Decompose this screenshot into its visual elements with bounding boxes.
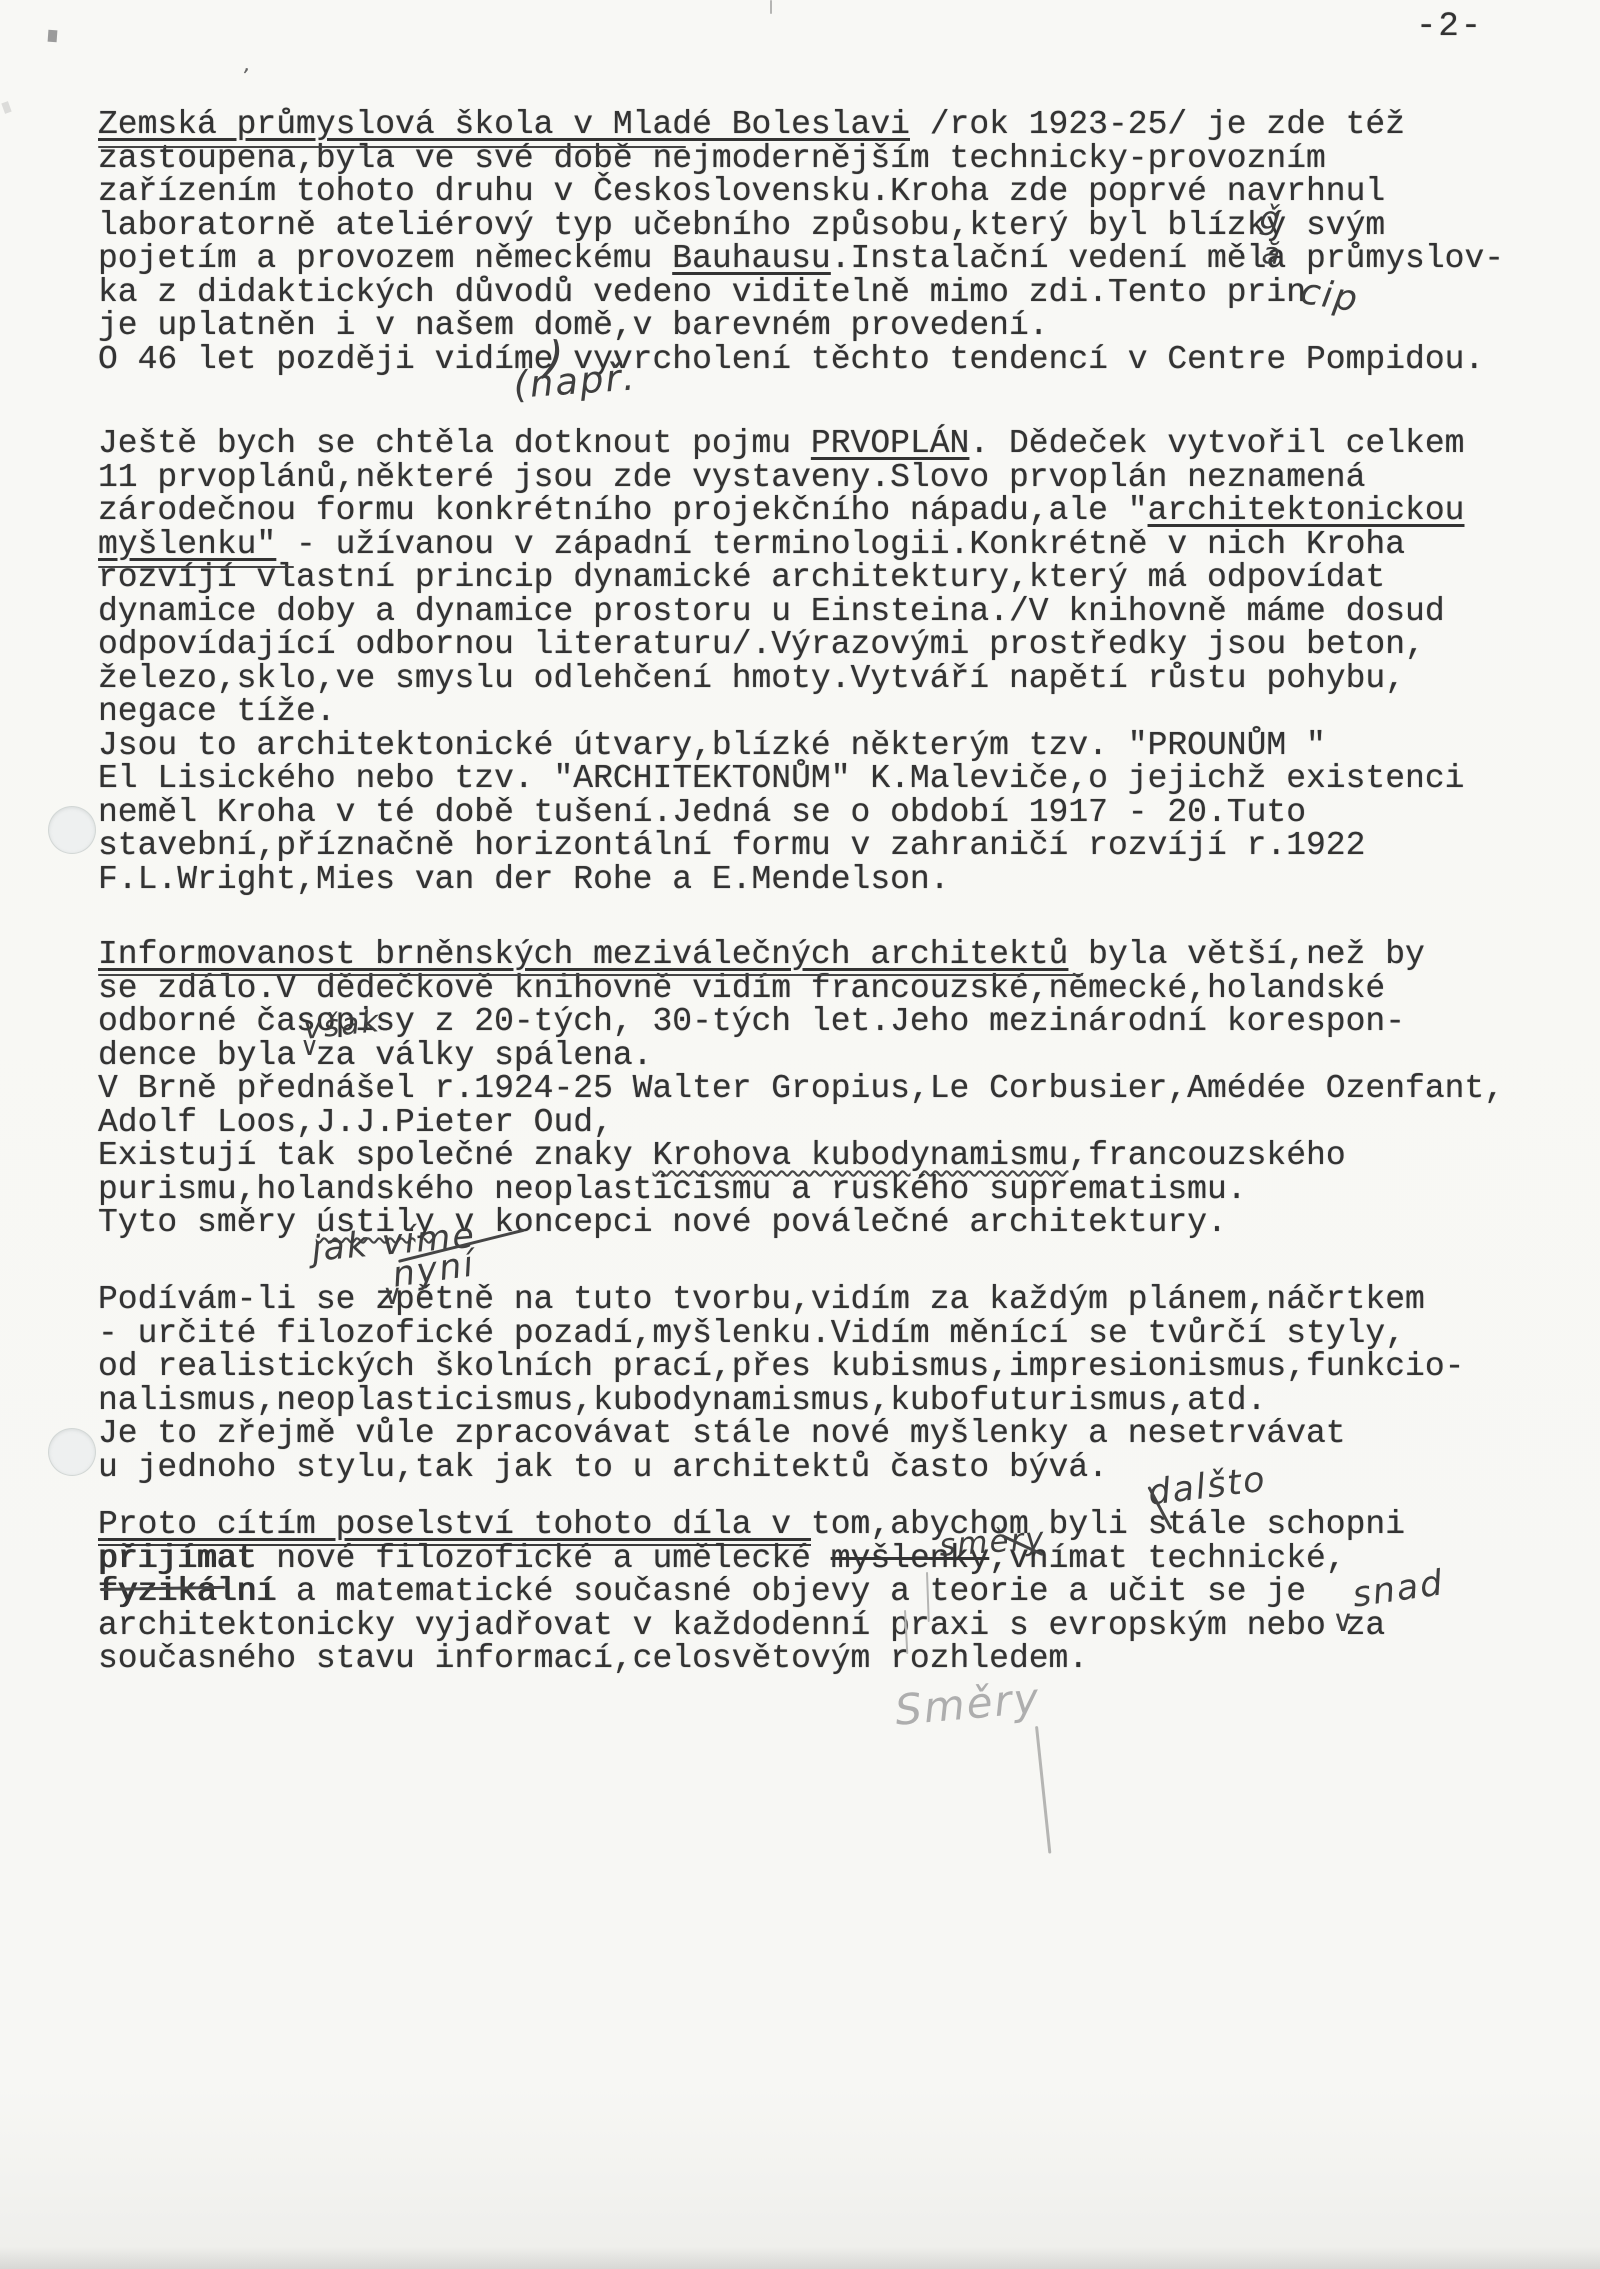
scanned-document-page: -2- , Zemská průmyslová škola v Mladé Bo… bbox=[0, 0, 1600, 2269]
punch-hole bbox=[49, 1429, 95, 1475]
punch-hole-layer bbox=[0, 0, 1600, 2269]
punch-hole bbox=[49, 807, 95, 853]
